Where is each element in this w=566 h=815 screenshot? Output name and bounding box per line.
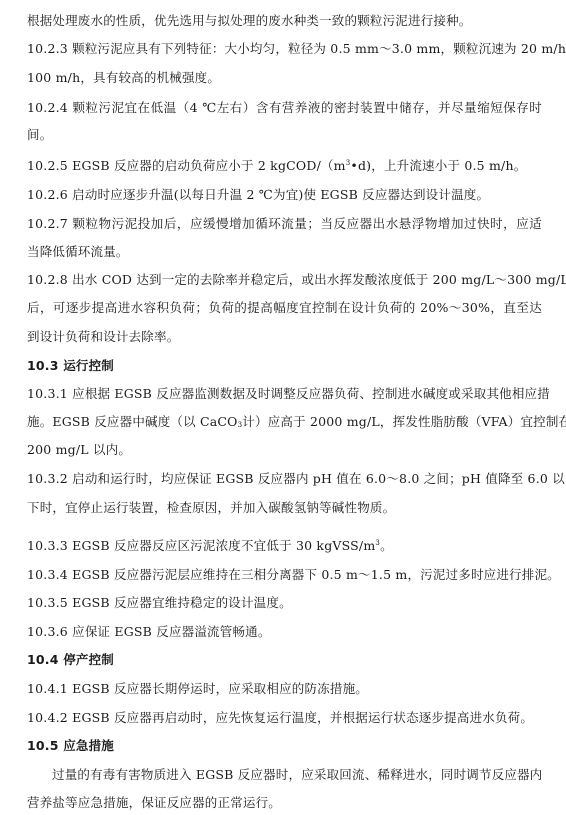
clause-10-2-3: 10.2.3 颗粒污泥应具有下列特征：大小均匀，粒径为 0.5 mm～3.0 m…	[27, 41, 542, 57]
clause-10-3-1: 10.3.1 应根据 EGSB 反应器监测数据及时调整反应器负荷、控制进水碱度或…	[27, 386, 542, 402]
clause-10-3-2: 10.3.2 启动和运行时，均应保证 EGSB 反应器内 pH 值在 6.0～8…	[27, 471, 542, 487]
clause-10-3-4: 10.3.4 EGSB 反应器污泥层应维持在三相分离器下 0.5 m～1.5 m…	[27, 567, 542, 583]
text-line: 下时，宜停止运行装置，检查原因，并加入碳酸氢钠等碱性物质。	[27, 500, 542, 516]
section-heading-10-4: 10.4 停产控制	[27, 652, 542, 668]
text-segment: 10.3.3 EGSB 反应器反应区污泥浓度不宜低于 30 kgVSS/m	[27, 538, 375, 553]
clause-10-2-7: 10.2.7 颗粒物污泥投加后，应缓慢增加循环流量；当反应器出水悬浮物增加过快时…	[27, 216, 542, 232]
clause-10-3-6: 10.3.6 应保证 EGSB 反应器溢流管畅通。	[27, 624, 542, 640]
text-segment: 10.2.5 EGSB 反应器的启动负荷应小于 2 kgCOD/（m	[27, 158, 346, 173]
document-page: 根据处理废水的性质，优先选用与拟处理的废水种类一致的颗粒污泥进行接种。 10.2…	[0, 0, 566, 815]
text-segment: 计）应高于 2000 mg/L，挥发性脂肪酸（VFA）宜控制在	[242, 414, 566, 429]
text-segment: •d)，上升流速小于 0.5 m/h。	[350, 158, 526, 173]
clause-10-2-5: 10.2.5 EGSB 反应器的启动负荷应小于 2 kgCOD/（m3•d)，上…	[27, 158, 542, 174]
text-line: 间。	[27, 127, 542, 143]
text-line: 到设计负荷和设计去除率。	[27, 329, 542, 345]
text-line: 施。EGSB 反应器中碱度（以 CaCO3计）应高于 2000 mg/L，挥发性…	[27, 414, 542, 430]
text-line: 后，可逐步提高进水容积负荷；负荷的提高幅度宜控制在设计负荷的 20%～30%，直…	[27, 300, 542, 316]
text-line: 营养盐等应急措施，保证反应器的正常运行。	[27, 795, 542, 811]
text-segment: 施。EGSB 反应器中碱度（以 CaCO	[27, 414, 238, 429]
clause-10-2-4: 10.2.4 颗粒污泥宜在低温（4 ℃左右）含有营养液的密封装置中储存，并尽量缩…	[27, 100, 542, 116]
clause-10-4-2: 10.4.2 EGSB 反应器再启动时，应先恢复运行温度，并根据运行状态逐步提高…	[27, 710, 542, 726]
text-line: 200 mg/L 以内。	[27, 442, 542, 458]
text-line: 根据处理废水的性质，优先选用与拟处理的废水种类一致的颗粒污泥进行接种。	[27, 13, 542, 29]
text-line: 100 m/h，具有较高的机械强度。	[27, 70, 542, 86]
section-heading-10-5: 10.5 应急措施	[27, 738, 542, 754]
clause-10-2-6: 10.2.6 启动时应逐步升温(以每日升温 2 ℃为宜)使 EGSB 反应器达到…	[27, 187, 542, 203]
clause-10-3-3: 10.3.3 EGSB 反应器反应区污泥浓度不宜低于 30 kgVSS/m3。	[27, 538, 542, 554]
text-segment: 。	[380, 538, 393, 553]
emergency-paragraph: 过量的有毒有害物质进入 EGSB 反应器时，应采取回流、稀释进水，同时调节反应器…	[52, 767, 566, 783]
clause-10-3-5: 10.3.5 EGSB 反应器宜维持稳定的设计温度。	[27, 595, 542, 611]
text-line: 当降低循环流量。	[27, 244, 542, 260]
clause-10-2-8: 10.2.8 出水 COD 达到一定的去除率并稳定后，或出水挥发酸浓度低于 20…	[27, 272, 542, 288]
section-heading-10-3: 10.3 运行控制	[27, 358, 542, 374]
clause-10-4-1: 10.4.1 EGSB 反应器长期停运时，应采取相应的防冻措施。	[27, 681, 542, 697]
